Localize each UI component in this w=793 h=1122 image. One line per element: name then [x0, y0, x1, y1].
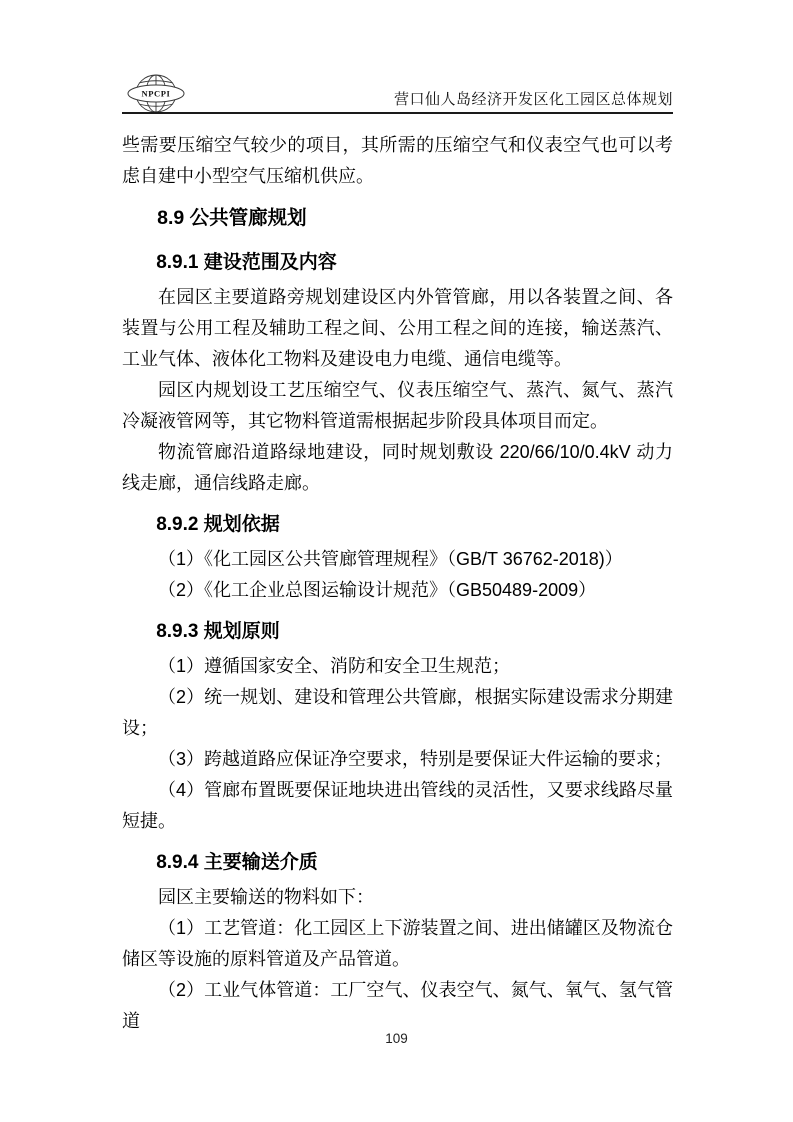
paragraph: 物流管廊沿道路绿地建设，同时规划敷设 220/66/10/0.4kV 动力线走廊… — [122, 437, 673, 499]
paragraph: （2）工业气体管道：工厂空气、仪表空气、氮气、氧气、氢气管道 — [122, 975, 673, 1037]
paragraph: 些需要压缩空气较少的项目，其所需的压缩空气和仪表空气也可以考虑自建中小型空气压缩… — [122, 130, 673, 192]
header-title: 营口仙人岛经济开发区化工园区总体规划 — [122, 90, 673, 110]
document-page: NPCPI 营口仙人岛经济开发区化工园区总体规划 些需要压缩空气较少的项目，其所… — [0, 0, 793, 1122]
document-content: 些需要压缩空气较少的项目，其所需的压缩空气和仪表空气也可以考虑自建中小型空气压缩… — [122, 130, 673, 1037]
paragraph: （2）《化工企业总图运输设计规范》（GB50489-2009） — [122, 575, 673, 606]
page-footer: 109 — [0, 1031, 793, 1046]
section-heading: 8.9 公共管廊规划 — [122, 199, 673, 237]
paragraph: （2）统一规划、建设和管理公共管廊，根据实际建设需求分期建设； — [122, 682, 673, 744]
paragraph: （3）跨越道路应保证净空要求，特别是要保证大件运输的要求； — [122, 744, 673, 775]
paragraph: （1）遵循国家安全、消防和安全卫生规范； — [122, 651, 673, 682]
paragraph: 园区主要输送的物料如下： — [122, 882, 673, 913]
paragraph: （1）工艺管道：化工园区上下游装置之间、进出储罐区及物流仓储区等设施的原料管道及… — [122, 913, 673, 975]
paragraph: （4）管廊布置既要保证地块进出管线的灵活性，又要求线路尽量短捷。 — [122, 775, 673, 837]
paragraph: （1）《化工园区公共管廊管理规程》（GB/T 36762-2018)） — [122, 544, 673, 575]
section-heading: 8.9.3 规划原则 — [122, 613, 673, 651]
paragraph: 在园区主要道路旁规划建设区内外管管廊，用以各装置之间、各装置与公用工程及辅助工程… — [122, 282, 673, 375]
section-heading: 8.9.2 规划依据 — [122, 506, 673, 544]
section-heading: 8.9.1 建设范围及内容 — [122, 244, 673, 282]
paragraph: 园区内规划设工艺压缩空气、仪表压缩空气、蒸汽、氮气、蒸汽冷凝液管网等，其它物料管… — [122, 375, 673, 437]
page-number: 109 — [385, 1031, 408, 1046]
section-heading: 8.9.4 主要输送介质 — [122, 844, 673, 882]
header-rule-divider — [122, 112, 673, 114]
